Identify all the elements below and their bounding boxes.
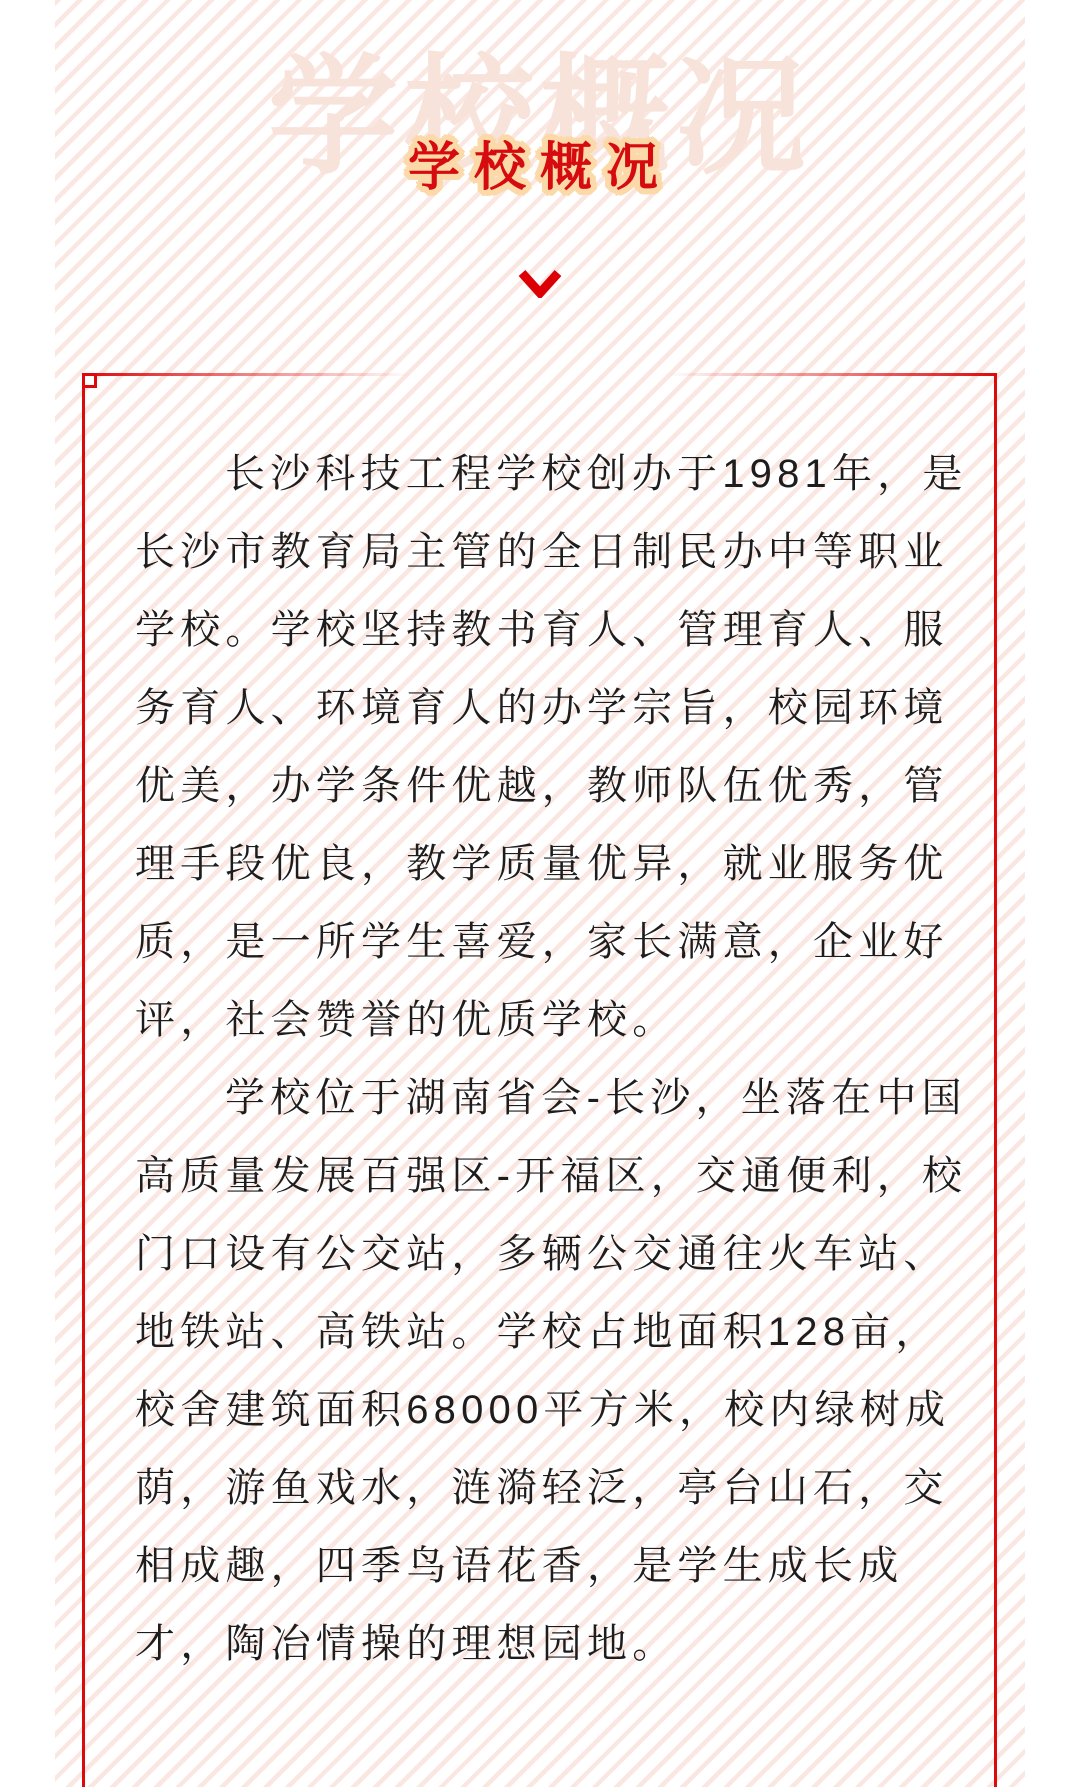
paragraph-line: 长沙市教育局主管的全日制民办中等职业 — [135, 513, 964, 591]
paragraph-line: 地铁站、高铁站。学校占地面积128亩， — [135, 1293, 964, 1371]
paragraph-line: 校舍建筑面积68000平方米，校内绿树成 — [135, 1371, 964, 1449]
paragraph-line: 高质量发展百强区-开福区，交通便利，校 — [135, 1137, 964, 1215]
page: 学校概况 学校概况 长沙科技工程学校创办于1981年，是 长沙市教育局主管的全日… — [0, 0, 1080, 1787]
content-card: 长沙科技工程学校创办于1981年，是 长沙市教育局主管的全日制民办中等职业 学校… — [82, 373, 997, 1787]
paragraph-line: 门口设有公交站，多辆公交通往火车站、 — [135, 1215, 964, 1293]
paragraph-line: 评，社会赞誉的优质学校。 — [135, 981, 964, 1059]
school-overview-text: 长沙科技工程学校创办于1981年，是 长沙市教育局主管的全日制民办中等职业 学校… — [85, 373, 994, 1723]
paragraph-line: 学校。学校坚持教书育人、管理育人、服 — [135, 591, 964, 669]
paragraph-line: 荫，游鱼戏水，涟漪轻泛，亭台山石，交 — [135, 1449, 964, 1527]
paragraph-line: 理手段优良，教学质量优异，就业服务优 — [135, 825, 964, 903]
paragraph-line: 长沙科技工程学校创办于1981年，是 — [135, 435, 964, 513]
card-top-border — [82, 373, 997, 376]
paragraph-line: 相成趣，四季鸟语花香，是学生成长成 — [135, 1527, 964, 1605]
corner-square-decoration — [82, 373, 97, 388]
paragraph-line: 务育人、环境育人的办学宗旨，校园环境 — [135, 669, 964, 747]
paragraph-line: 优美，办学条件优越，教师队伍优秀，管 — [135, 747, 964, 825]
paragraph-line: 质，是一所学生喜爱，家长满意，企业好 — [135, 903, 964, 981]
chevron-down-icon — [0, 268, 1080, 298]
paragraph-line: 才，陶冶情操的理想园地。 — [135, 1605, 964, 1683]
paragraph-line: 学校位于湖南省会-长沙，坐落在中国 — [135, 1059, 964, 1137]
page-title: 学校概况 — [0, 142, 1080, 194]
